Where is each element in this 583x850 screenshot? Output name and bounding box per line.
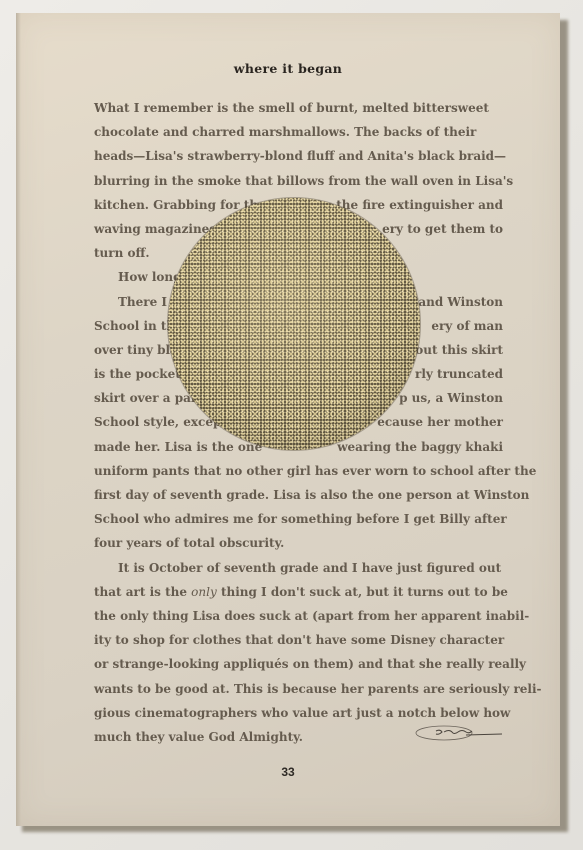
text-line: ity to shop for clothes that don't have … [94,628,503,652]
line-text-left: over tiny bla [94,338,178,362]
line-text-left: made her. Lisa is the one [94,435,262,459]
line-text-left: is the pocket [94,362,181,386]
line-text-left: School in th [94,314,175,338]
line-text-left: There I [118,290,167,314]
text-line: four years of total obscurity. [94,531,503,555]
line-text-right: rly truncated [415,362,503,386]
text-line: gious cinematographers who value art jus… [94,701,503,725]
artist-signature [414,724,506,742]
line-text: turn off. [94,241,150,265]
text-line: It is October of seventh grade and I hav… [94,556,503,580]
text-line: wants to be good at. This is because her… [94,677,503,701]
line-text-right: ery of man [431,314,503,338]
line-text: School who admires me for something befo… [94,507,507,531]
line-text: the only thing Lisa does suck at (apart … [94,604,529,628]
line-text-left: School style, excep [94,410,221,434]
line-text: chocolate and charred marshmallows. The … [94,120,476,144]
line-text: that art is the [94,580,187,604]
line-text: first day of seventh grade. Lisa is also… [94,483,529,507]
line-text-right: ery to get them to [382,217,503,241]
text-line: School who admires me for something befo… [94,507,503,531]
italic-word: only [191,580,217,604]
line-text: much they value God Almighty. [94,725,303,749]
stippled-circle-drawing [168,198,420,450]
text-line: chocolate and charred marshmallows. The … [94,120,503,144]
page-number: 33 [16,765,560,779]
line-text-right: the fire extinguisher and [336,193,503,217]
line-text: How long [118,265,182,289]
line-text: wants to be good at. This is because her… [94,677,542,701]
text-line: the only thing Lisa does suck at (apart … [94,604,503,628]
line-text: uniform pants that no other girl has eve… [94,459,536,483]
text-line: uniform pants that no other girl has eve… [94,459,503,483]
signature-icon [414,724,506,742]
line-text-right: wearing the baggy khaki [337,435,503,459]
line-text: What I remember is the smell of burnt, m… [94,96,489,120]
text-line: or strange-looking appliqués on them) an… [94,652,503,676]
line-text: four years of total obscurity. [94,531,284,555]
text-line: What I remember is the smell of burnt, m… [94,96,503,120]
line-text-left: waving magazines [94,217,216,241]
book-page-artwork: where it began What I remember is the sm… [16,13,560,826]
line-text-right: p us, a Winston [399,386,503,410]
text-line: first day of seventh grade. Lisa is also… [94,483,503,507]
page-header: where it began [16,61,560,76]
line-text: heads—Lisa's strawberry-blond fluff and … [94,144,506,168]
line-text: or strange-looking appliqués on them) an… [94,652,526,676]
line-text-right: out this skirt [415,338,503,362]
line-text: blurring in the smoke that billows from … [94,169,513,193]
line-text: thing I don't suck at, but it turns out … [221,580,508,604]
text-line: blurring in the smoke that billows from … [94,169,503,193]
line-text-right: and Winston [418,290,503,314]
line-text: gious cinematographers who value art jus… [94,701,510,725]
line-text: ity to shop for clothes that don't have … [94,628,504,652]
text-line: that art is the only thing I don't suck … [94,580,503,604]
line-text: It is October of seventh grade and I hav… [118,556,501,580]
line-text-right: ecause her mother [377,410,503,434]
text-line: heads—Lisa's strawberry-blond fluff and … [94,144,503,168]
